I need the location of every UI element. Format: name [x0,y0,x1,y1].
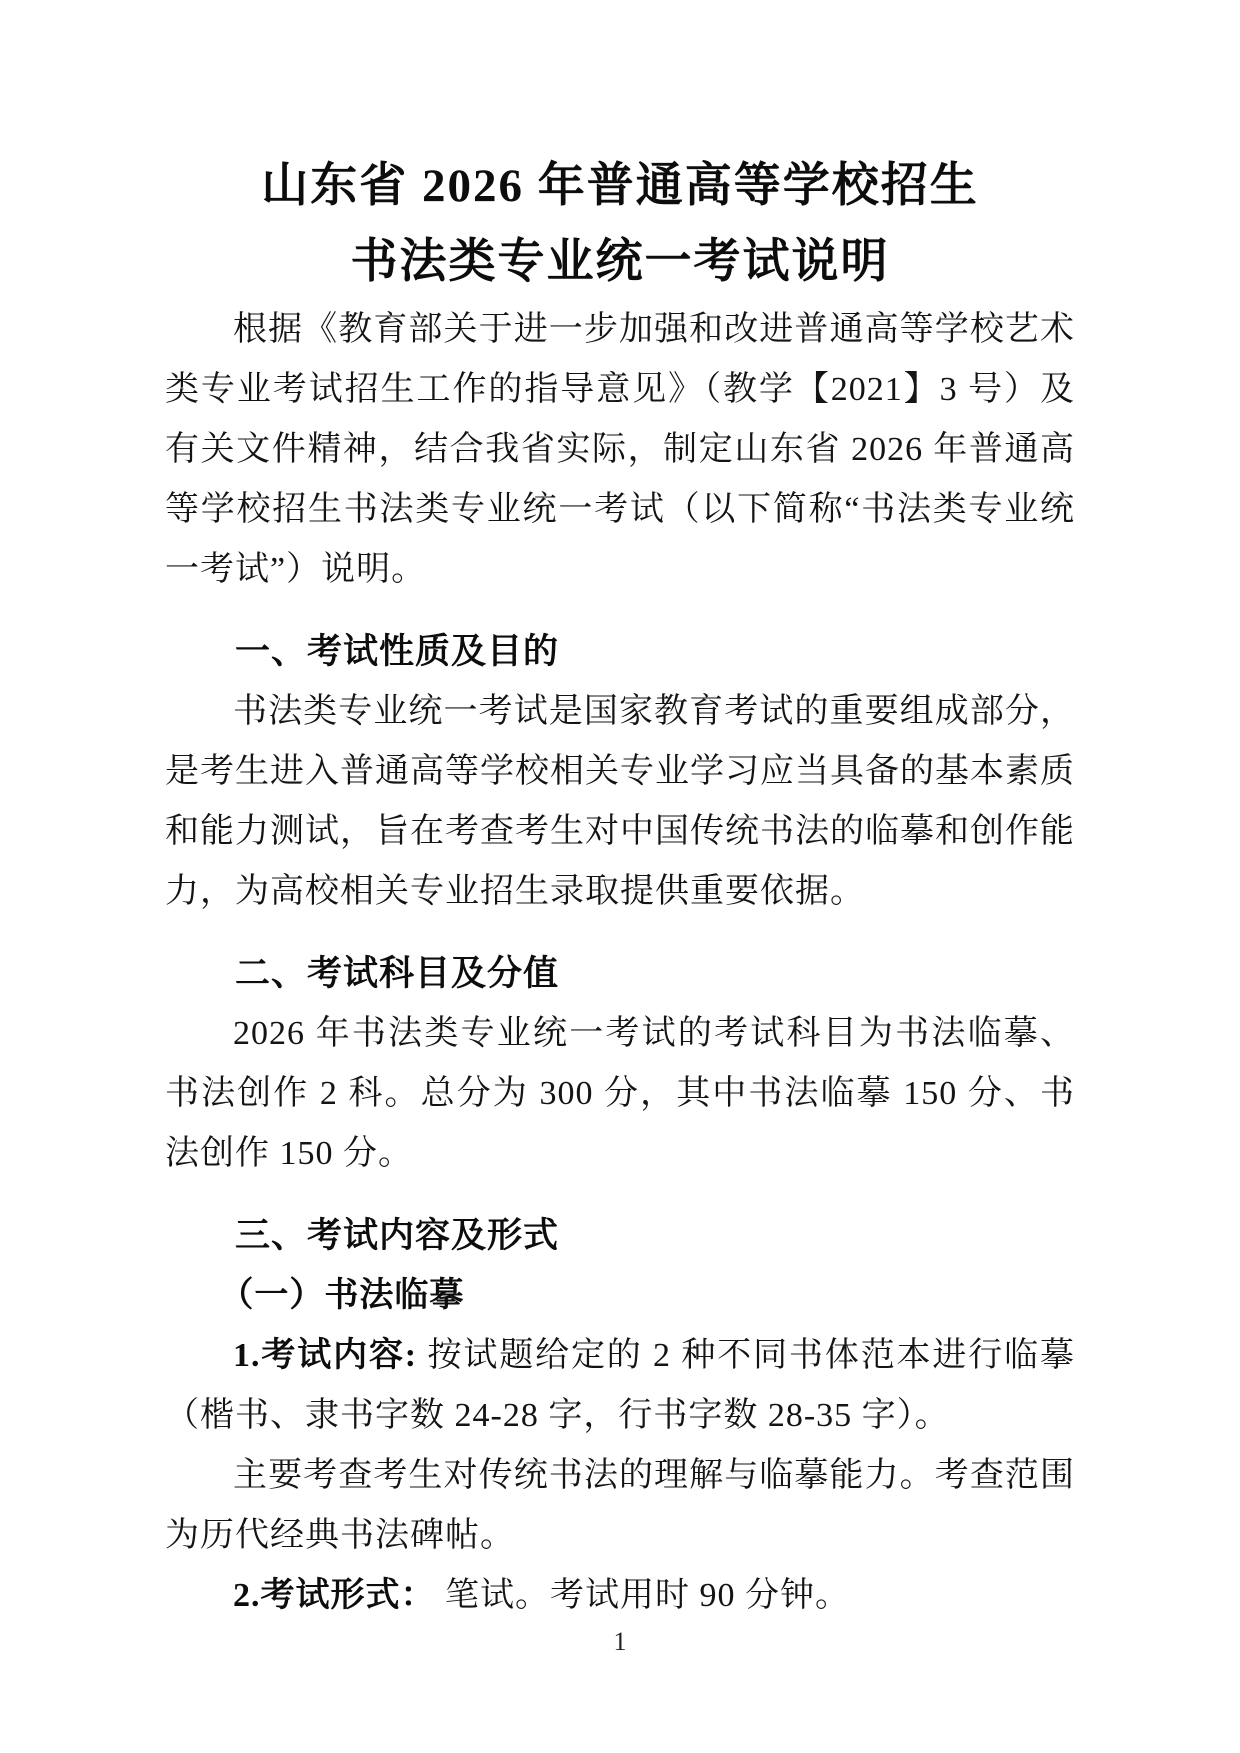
document-page: 山东省 2026 年普通高等学校招生 书法类专业统一考试说明 根据《教育部关于进… [0,0,1240,1753]
section-1-paragraph: 书法类专业统一考试是国家教育考试的重要组成部分，是考生进入普通高等学校相关专业学… [165,682,1075,922]
section-2-paragraph: 2026 年书法类专业统一考试的考试科目为书法临摹、书法创作 2 科。总分为 3… [165,1004,1075,1184]
exam-content-item: 1.考试内容: 按试题给定的 2 种不同书体范本进行临摹（楷书、隶书字数 24-… [165,1326,1075,1446]
page-number: 1 [0,1627,1240,1657]
document-content: 山东省 2026 年普通高等学校招生 书法类专业统一考试说明 根据《教育部关于进… [0,148,1240,1626]
subsection-1-heading: （一）书法临摹 [165,1266,1075,1326]
doc-title: 山东省 2026 年普通高等学校招生 书法类专业统一考试说明 [165,148,1075,300]
doc-title-line-1: 山东省 2026 年普通高等学校招生 [165,148,1075,224]
doc-title-line-2: 书法类专业统一考试说明 [165,224,1075,300]
intro-paragraph: 根据《教育部关于进一步加强和改进普通高等学校艺术类专业考试招生工作的指导意见》（… [165,300,1075,600]
section-1-heading: 一、考试性质及目的 [165,622,1075,682]
exam-format-label: 2.考试形式： [233,1577,436,1614]
exam-content-label: 1.考试内容: [233,1337,417,1374]
section-3-heading: 三、考试内容及形式 [165,1206,1075,1266]
review-scope-paragraph: 主要考查考生对传统书法的理解与临摹能力。考查范围为历代经典书法碑帖。 [165,1446,1075,1566]
section-2-heading: 二、考试科目及分值 [165,944,1075,1004]
exam-format-item: 2.考试形式： 笔试。考试用时 90 分钟。 [165,1566,1075,1626]
exam-format-text: 笔试。考试用时 90 分钟。 [436,1577,851,1614]
